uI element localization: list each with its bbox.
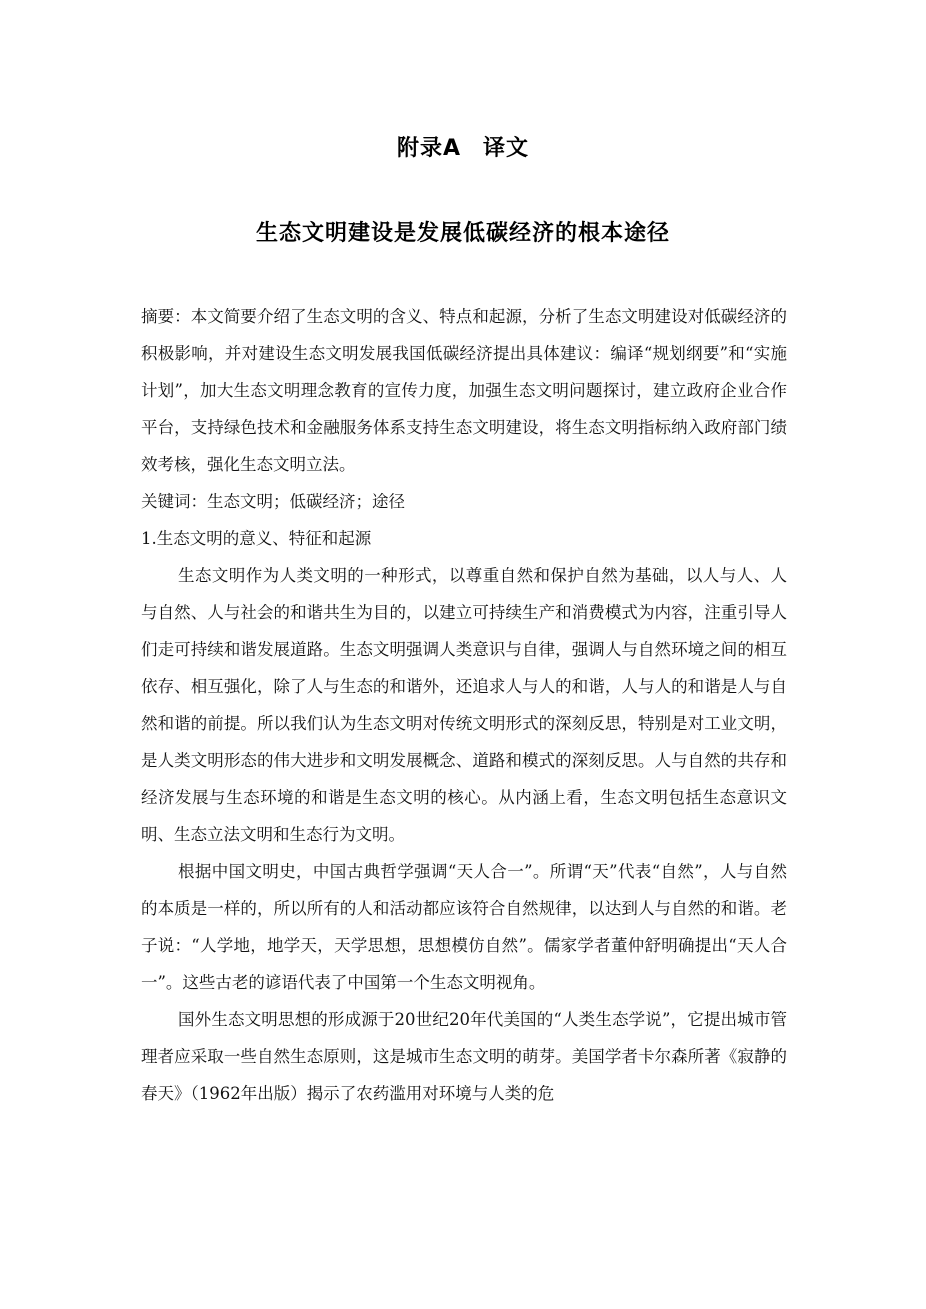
appendix-label: 附录A: [397, 136, 461, 161]
appendix-subtitle: 译文: [483, 136, 529, 161]
document-body: 摘要：本文简要介绍了生态文明的含义、特点和起源，分析了生态文明建设对低碳经济的积…: [141, 298, 787, 1112]
article-title: 生态文明建设是发展低碳经济的根本途径: [0, 219, 926, 249]
paragraph: 国外生态文明思想的形成源于20世纪20年代美国的“人类生态学说”，它提出城市管理…: [141, 1001, 787, 1112]
paragraph: 生态文明作为人类文明的一种形式，以尊重自然和保护自然为基础，以人与人、人与自然、…: [141, 557, 787, 853]
abstract: 摘要：本文简要介绍了生态文明的含义、特点和起源，分析了生态文明建设对低碳经济的积…: [141, 298, 787, 483]
section-heading: 1.生态文明的意义、特征和起源: [141, 520, 787, 557]
paragraph: 根据中国文明史，中国古典哲学强调“天人合一”。所谓“天”代表“自然”，人与自然的…: [141, 853, 787, 1001]
appendix-title: 附录A译文: [0, 134, 926, 164]
keywords: 关键词：生态文明；低碳经济；途径: [141, 483, 787, 520]
document-page: 附录A译文 生态文明建设是发展低碳经济的根本途径 摘要：本文简要介绍了生态文明的…: [0, 0, 926, 1309]
